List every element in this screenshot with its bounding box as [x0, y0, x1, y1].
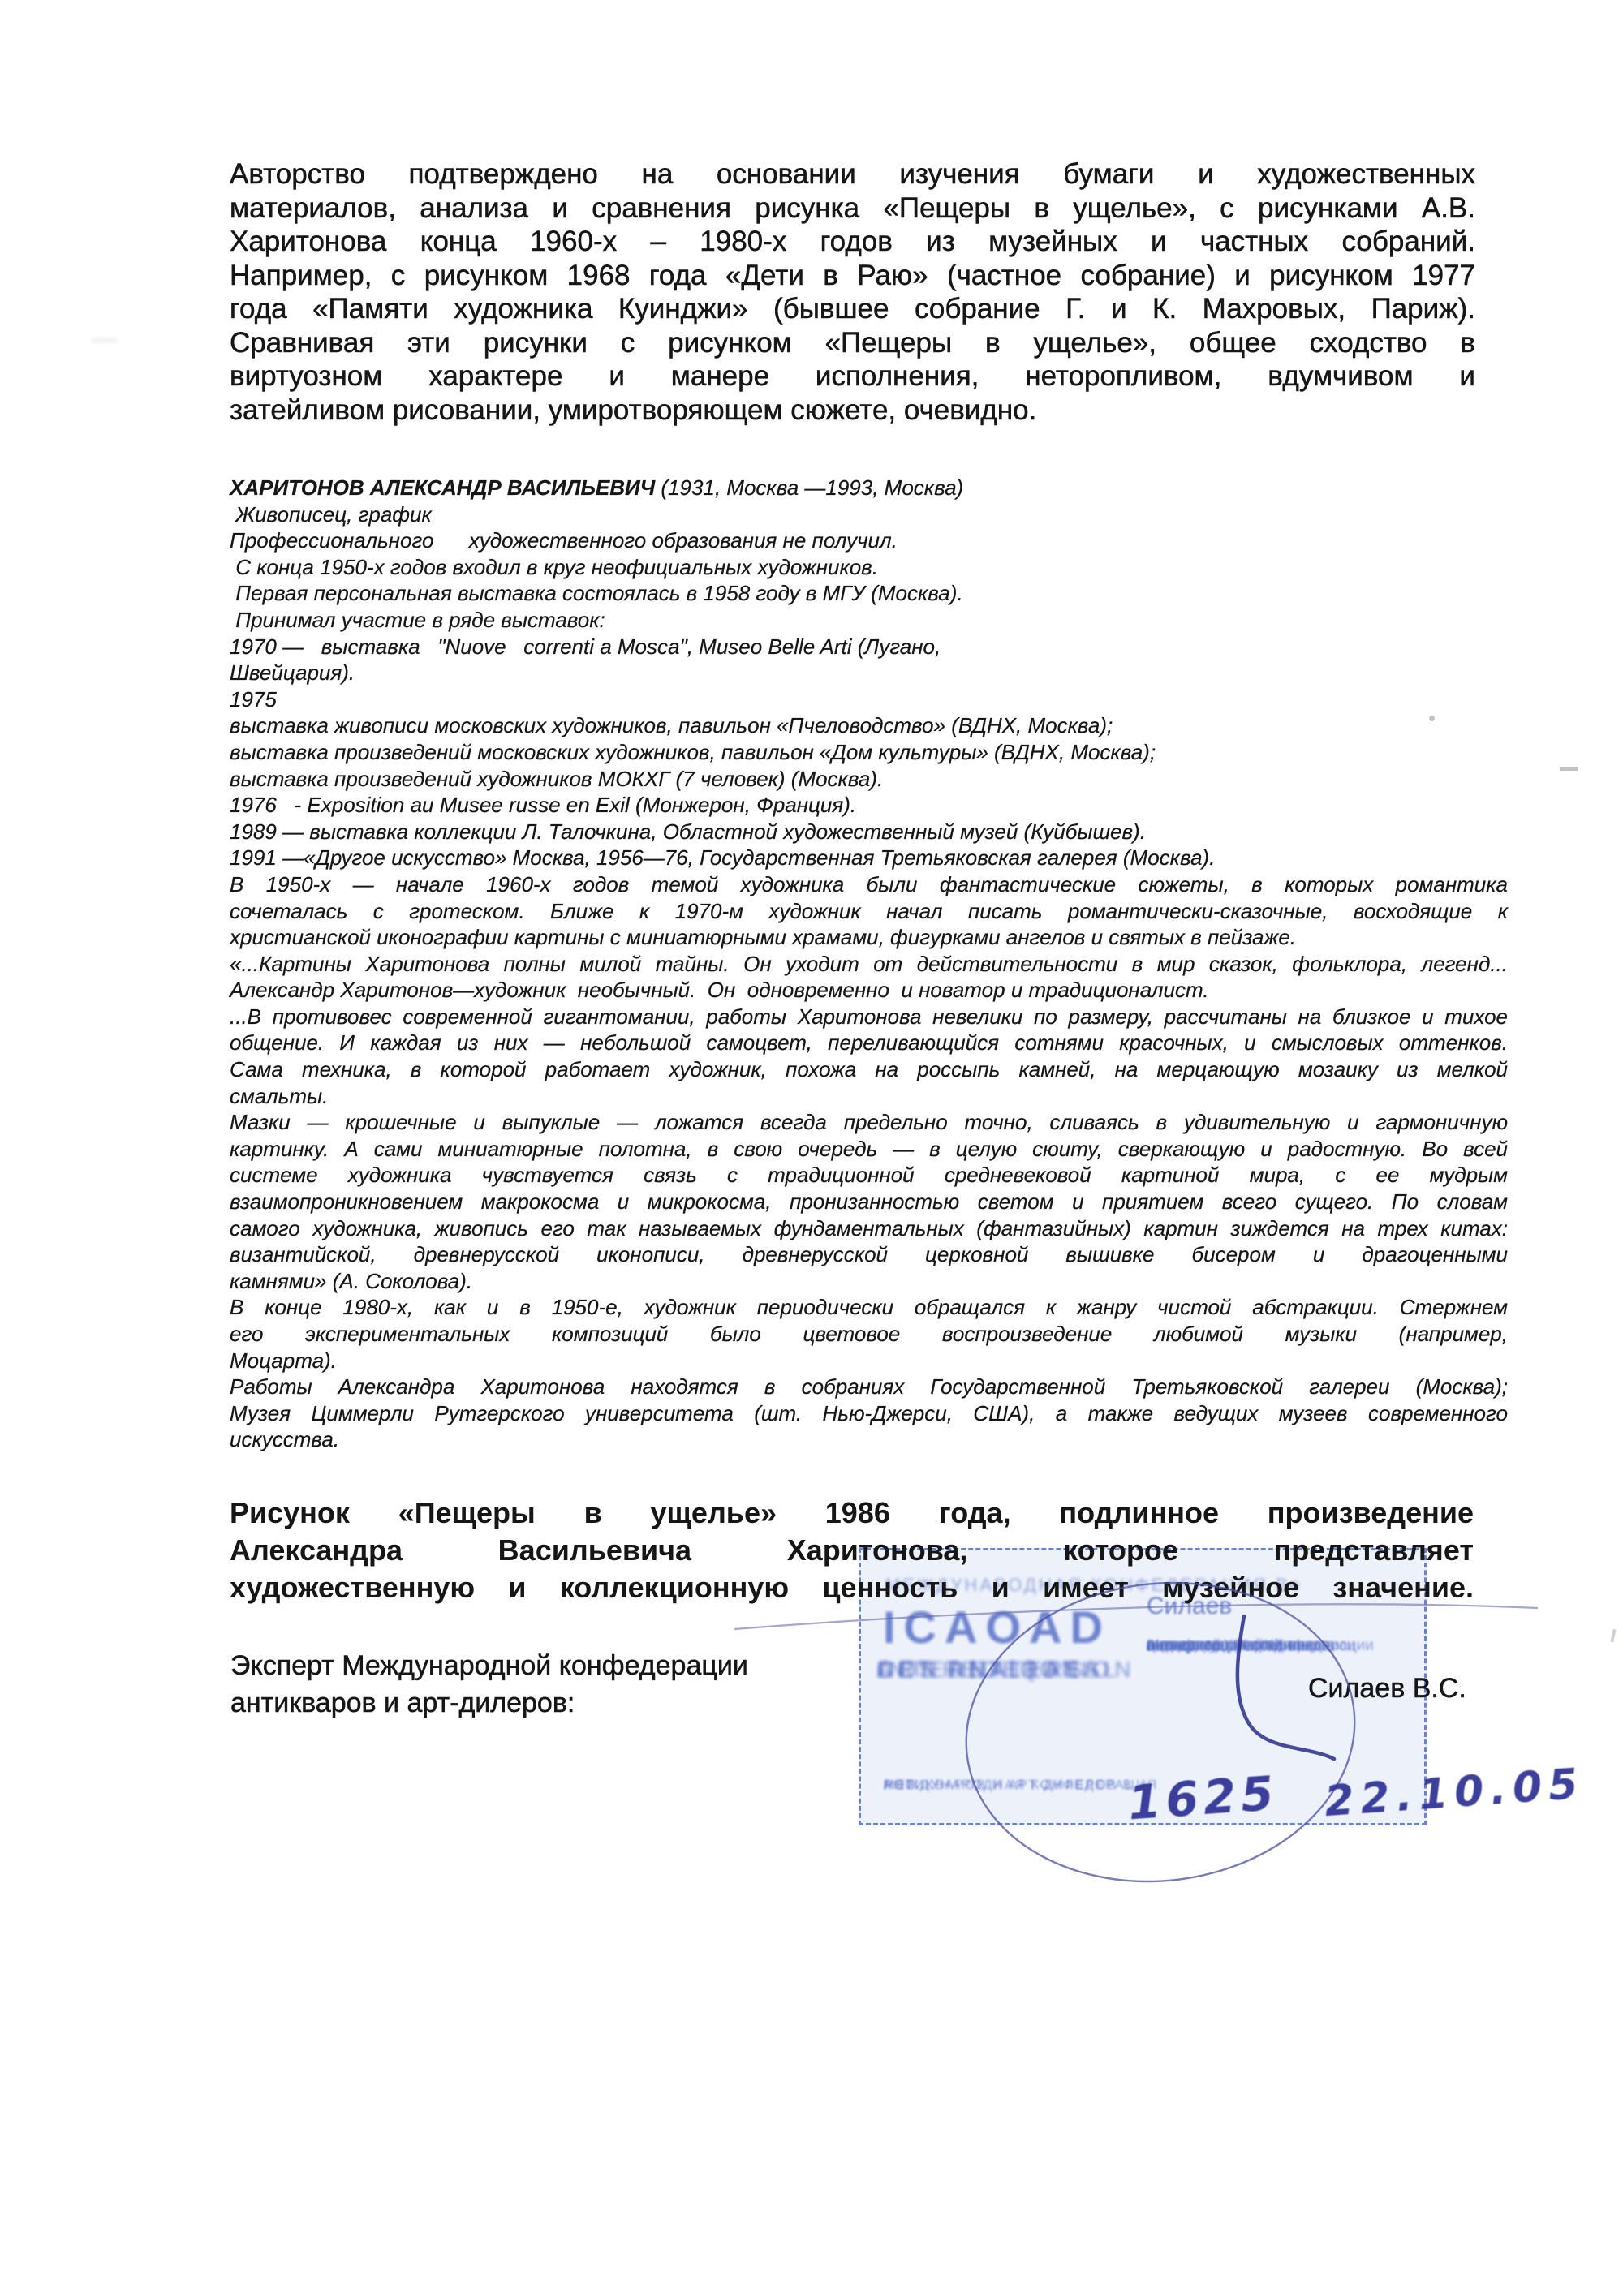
text-line: Александра Васильевича Харитонова, котор…: [230, 1532, 1474, 1569]
text-line: выставка произведений московских художни…: [230, 739, 1508, 766]
text-line: Швейцария).: [230, 660, 1508, 686]
stamp-text-line: РОС: [884, 1778, 916, 1794]
text-line: Харитонова конца 1960-х – 1980-х годов и…: [230, 225, 1475, 259]
expert-signer-name: Силаев В.С.: [1308, 1673, 1466, 1705]
text-line: 1970 — выставка "Nuove correnti a Mosca"…: [230, 634, 1508, 660]
authorship-paragraph: Авторство подтверждено на основании изуч…: [230, 157, 1475, 427]
bio-lines: Живописец, графикПрофессионального худож…: [230, 501, 1508, 1453]
scanned-expertise-document: { "authorship_paragraph": { "lines": [ {…: [0, 0, 1623, 2296]
text-line: Сравнивая эти рисунки с рисунком «Пещеры…: [230, 326, 1475, 360]
text-line: 1976 - Exposition au Musee russe en Exil…: [230, 792, 1508, 819]
text-line: Александр Харитонов—художник необычный. …: [230, 977, 1508, 1004]
text-line: ...В противовес современной гигантомании…: [230, 1004, 1508, 1030]
text-line: Авторство подтверждено на основании изуч…: [230, 157, 1475, 191]
text-line: Первая персональная выставка состоялась …: [230, 580, 1508, 607]
biography-block: ХАРИТОНОВ АЛЕКСАНДР ВАСИЛЬЕВИЧ (1931, Мо…: [230, 475, 1508, 1453]
stamp-text-line: ART DEALERS: [877, 1654, 1087, 1685]
text-line: общение. И каждая из них — небольшой сам…: [230, 1030, 1508, 1056]
artist-name: ХАРИТОНОВ АЛЕКСАНДР ВАСИЛЬЕВИЧ: [230, 475, 655, 500]
handwritten-number: 1625: [1126, 1765, 1281, 1831]
stamp-text-line: АНТИКВАРОВ И АРТ-ДИЛЕРОВ В: [884, 1778, 1133, 1794]
text-line: Моцарта).: [230, 1348, 1508, 1374]
text-line: материалов, анализа и сравнения рисунка …: [230, 191, 1475, 226]
text-line: С конца 1950-х годов входил в круг неофи…: [230, 554, 1508, 581]
artist-dates: (1931, Москва —1993, Москва): [655, 475, 963, 500]
text-line: сочеталась с гротеском. Ближе к 1970-м х…: [230, 898, 1508, 925]
text-line: Например, с рисунком 1968 года «Дети в Р…: [230, 259, 1475, 293]
text-line: системе художника чувствуется связь с тр…: [230, 1162, 1508, 1189]
stamp-acronym: ICAOAD: [883, 1601, 1111, 1653]
scan-artifact-dash: [1560, 767, 1578, 771]
text-line: самого художника, живопись его так назыв…: [230, 1215, 1508, 1242]
signoff-block: Эксперт Международной конфедерации антик…: [230, 1647, 748, 1722]
text-line: византийской, древнерусской иконописи, д…: [230, 1241, 1508, 1268]
text-line: смальты.: [230, 1083, 1508, 1110]
bio-name-line: ХАРИТОНОВ АЛЕКСАНДР ВАСИЛЬЕВИЧ (1931, Мо…: [230, 475, 1508, 501]
text-line: Музея Циммерли Рутгерского университета …: [230, 1400, 1508, 1427]
text-line: 1975: [230, 686, 1508, 713]
text-line: затейливом рисовании, умиротворяющем сюж…: [230, 393, 1475, 428]
text-line: Работы Александра Харитонова находятся в…: [230, 1374, 1508, 1400]
signoff-line-1: Эксперт Международной конфедерации: [230, 1647, 748, 1684]
scan-artifact-smudge: [91, 338, 118, 343]
text-line: художественную и коллекционную ценность …: [230, 1569, 1474, 1606]
text-line: виртуозном характере и манере исполнения…: [230, 359, 1475, 393]
text-line: В 1950-х — начале 1960-х годов темой худ…: [230, 871, 1508, 898]
scan-artifact-dot: [1429, 716, 1435, 721]
text-line: взаимопроникновением макрокосма и микрок…: [230, 1189, 1508, 1215]
text-line: Сама техника, в которой работает художни…: [230, 1056, 1508, 1083]
text-line: «...Картины Харитонова полны милой тайны…: [230, 951, 1508, 978]
conclusion-paragraph: Рисунок «Пещеры в ущелье» 1986 года, под…: [230, 1494, 1474, 1606]
text-line: Рисунок «Пещеры в ущелье» 1986 года, под…: [230, 1494, 1474, 1532]
text-line: 1991 —«Другое искусство» Москва, 1956—76…: [230, 845, 1508, 871]
signoff-line-2: антикваров и арт-дилеров:: [230, 1684, 748, 1722]
text-line: 1989 — выставка коллекции Л. Талочкина, …: [230, 819, 1508, 845]
text-line: его экспериментальных композиций было цв…: [230, 1321, 1508, 1348]
text-line: искусства.: [230, 1426, 1508, 1453]
text-line: Профессионального художественного образо…: [230, 527, 1508, 554]
text-line: выставка произведений художников МОКХГ (…: [230, 766, 1508, 793]
text-line: камнями» (А. Соколова).: [230, 1268, 1508, 1295]
text-line: года «Памяти художника Куинджи» (бывшее …: [230, 292, 1475, 326]
text-line: картинку. А сами миниатюрные полотна, в …: [230, 1136, 1508, 1163]
text-line: Мазки — крошечные и выпуклые — ложатся в…: [230, 1109, 1508, 1136]
stamp-text-line: ценностей · Эксперт: [1147, 1635, 1293, 1658]
text-line: выставка живописи московских художников,…: [230, 712, 1508, 739]
scan-artifact-tick: [1610, 1629, 1616, 1642]
text-line: Принимал участие в ряде выставок:: [230, 607, 1508, 634]
text-line: Живописец, график: [230, 501, 1508, 528]
text-line: В конце 1980-х, как и в 1950-е, художник…: [230, 1294, 1508, 1321]
text-line: христианской иконографии картины с миниа…: [230, 924, 1508, 951]
